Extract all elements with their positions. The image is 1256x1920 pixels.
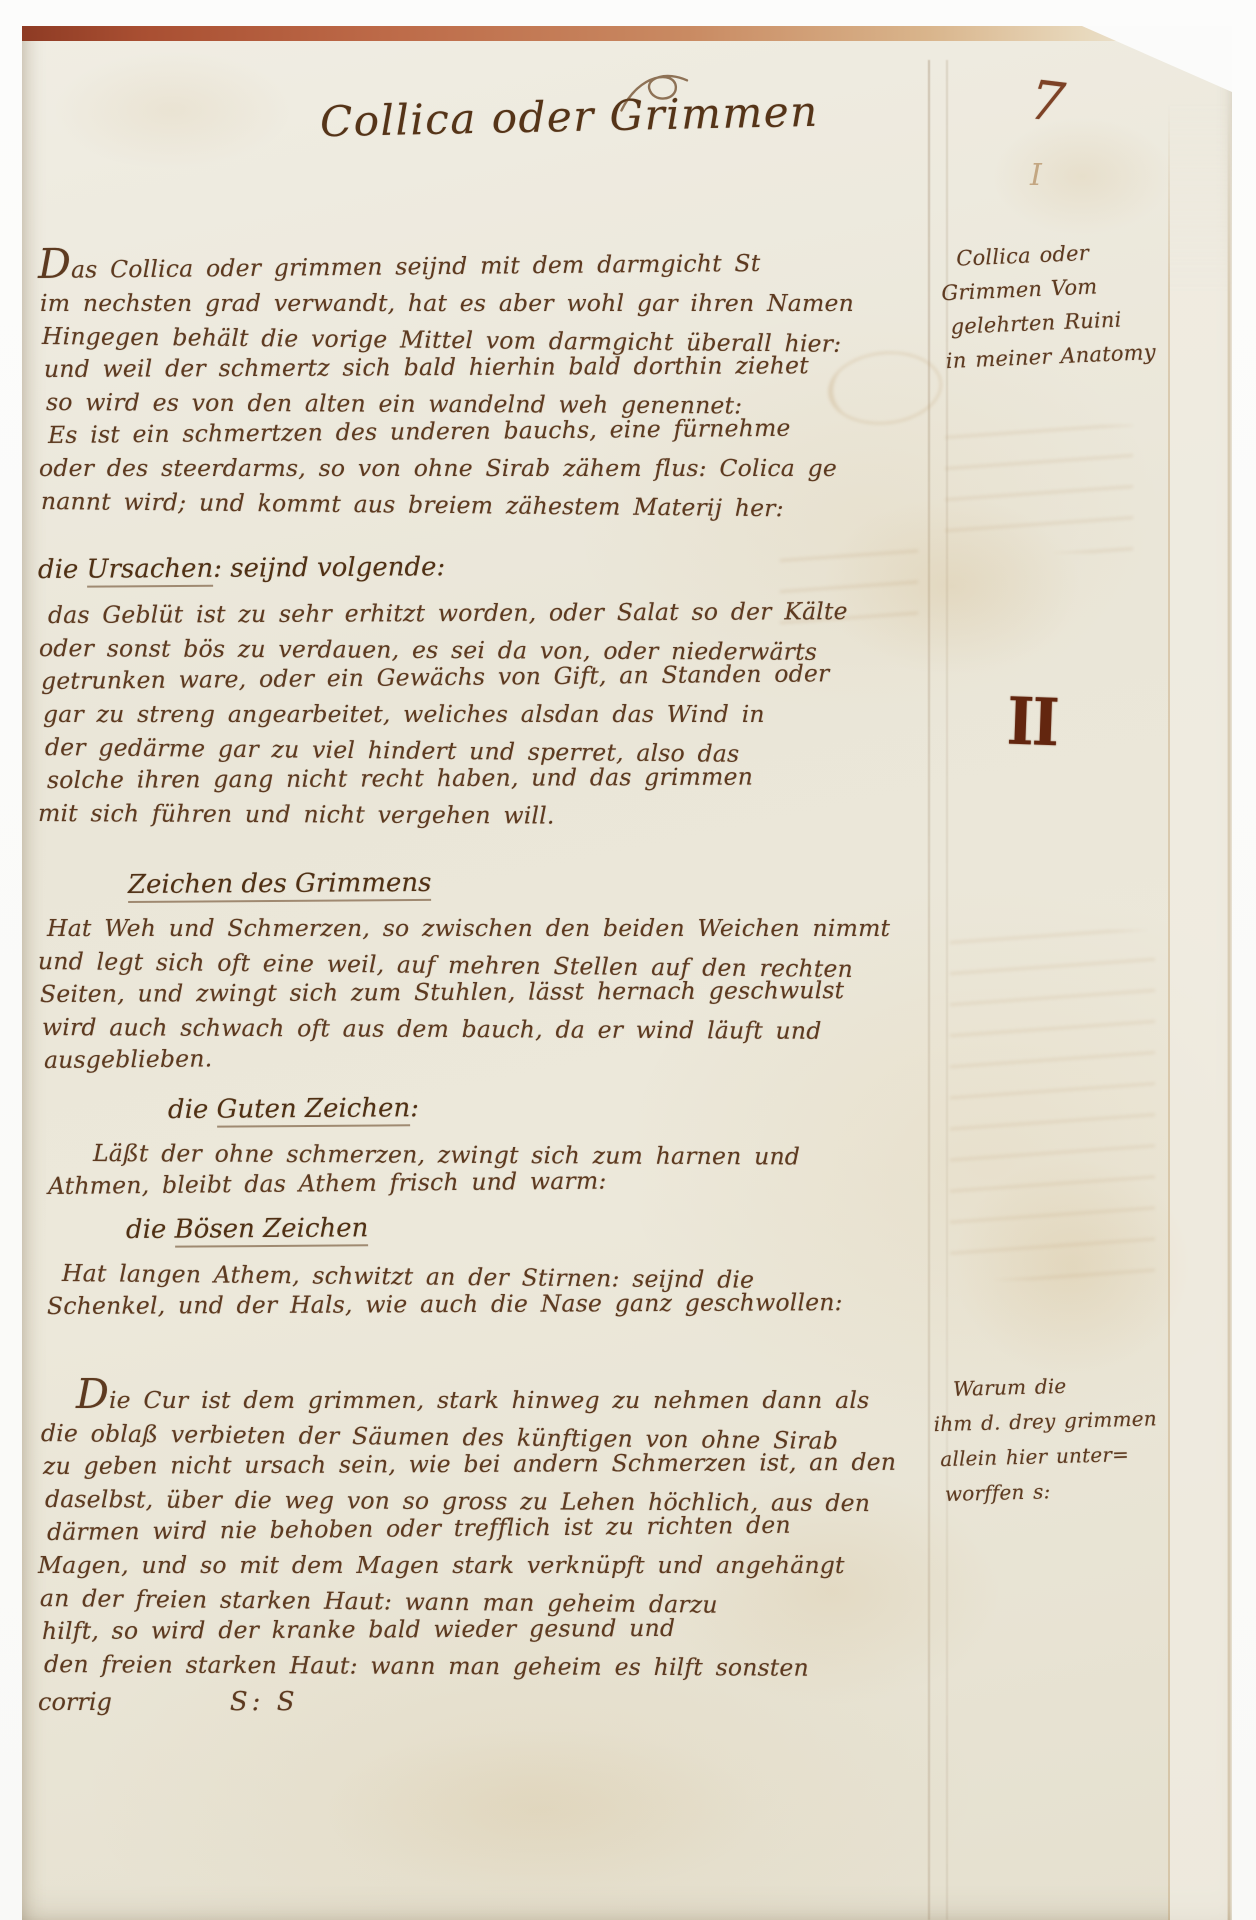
manuscript-line: zu geben nicht ursach sein, wie bei ande… [43,1446,782,1483]
margin-note-top: Collica oderGrimmen Vomgelehrten Ruiniin… [940,234,1185,378]
paragraph: Das Collica oder grimmen seijnd mit dem … [38,248,782,518]
section-heading: die Bösen Zeichen [126,1204,782,1251]
manuscript-page: Collica oder Grimmen 7 I Das Collica ode… [22,26,1232,1920]
manuscript-line: Es ist ein schmertzen des underen bauchs… [48,412,782,452]
manuscript-line: und weil der schmertz sich bald hierhin … [44,349,782,386]
manuscript-line: mit sich führen und nicht vergehen will. [38,797,782,834]
manuscript-line: Athmen, bleibt das Athem frisch und warm… [48,1163,782,1203]
paragraph: das Geblüt ist zu sehr erhitzt worden, o… [38,599,782,830]
heading-text: Guten Zeichen [217,1093,411,1127]
paper-stain [822,496,1082,676]
manuscript-line: das Geblüt ist zu sehr erhitzt worden, o… [48,595,782,632]
manuscript-line: Die Cur ist dem grimmen, stark hinweg zu… [76,1378,782,1417]
manuscript-line: därmen wird nie behoben oder trefflich i… [47,1509,782,1549]
heading-text: die [126,1215,175,1245]
manuscript-line: oder des steerdarms, so von ohne Sirab z… [39,452,782,485]
manuscript-line: getrunken ware, oder ein Gewächs von Gif… [41,658,782,698]
heading-text: die [38,555,87,585]
heading-text: die [168,1095,217,1125]
manuscript-line: nannt wird; und kommt aus breiem zäheste… [41,485,782,525]
body-text: Das Collica oder grimmen seijnd mit dem … [38,248,782,1717]
manuscript-line: Magen, und so mit dem Magen stark verknü… [38,1549,782,1582]
margin-note-bottom: Warum dieihm d. drey grimmenallein hier … [933,1368,1185,1512]
manuscript-line: Seiten, und zwingt sich zum Stuhlen, läs… [40,974,782,1011]
manuscript-line: Hat Weh und Schmerzen, so zwischen den b… [47,912,782,945]
title-flourish-icon [614,60,703,134]
manuscript-line: Schenkel, und der Hals, wie auch die Nas… [47,1286,782,1323]
paper-stain [52,50,292,170]
paper-stain [322,1726,762,1896]
ink-bleedthrough [950,930,1155,1280]
heading-text: Zeichen des Grimmens [128,868,432,903]
closing-word: corrig [38,1688,112,1716]
manuscript-line: solche ihren gang nicht recht haben, und… [47,760,782,797]
paragraph: Hat langen Athem, schwitzt an der Stirne… [38,1257,782,1323]
paragraph: Die Cur ist dem grimmen, stark hinweg zu… [38,1378,782,1681]
ink-bleedthrough [780,548,918,642]
heading-text: : [410,1093,419,1123]
manuscript-line: ausgeblieben. [44,1037,782,1077]
section-heading: die Ursachen: seijnd volgende: [38,544,782,591]
heading-text: Ursachen [87,554,214,588]
section-heading: Zeichen des Grimmens [128,859,782,906]
manuscript-line: hilft, so wird der kranke bald wieder ge… [42,1611,782,1648]
manuscript-line: im nechsten grad verwandt, hat es aber w… [40,287,782,320]
closing-line: corrigS: S [38,1687,782,1717]
section-mark-ii: II [1006,683,1059,761]
heading-text: Bösen Zeichen [175,1213,369,1247]
heading-text: : seijnd volgende: [213,552,445,584]
page-top-edge [22,26,1232,41]
ink-bleedthrough [945,425,1133,553]
closing-initials: S: S [230,1687,299,1717]
page-corner [1082,26,1232,92]
paragraph: Läßt der ohne schmerzen, zwingt sich zum… [38,1137,782,1203]
page-title: Collica oder Grimmen [320,87,820,146]
paper-stain [992,116,1172,236]
paper-stain [952,1156,1192,1376]
manuscript-line: Das Collica oder grimmen seijnd mit dem … [38,241,782,287]
faint-section-mark: I [1030,158,1042,193]
section-heading: die Guten Zeichen: [168,1085,782,1131]
margin-note-line: worffen s: [944,1471,1185,1512]
page-number: 7 [1026,68,1068,135]
manuscript-line: den freien starken Haut: wann man geheim… [44,1648,782,1685]
fold-line [928,60,930,1920]
paragraph: Hat Weh und Schmerzen, so zwischen den b… [38,912,782,1077]
manuscript-line: gar zu streng angearbeitet, weliches als… [43,698,782,731]
